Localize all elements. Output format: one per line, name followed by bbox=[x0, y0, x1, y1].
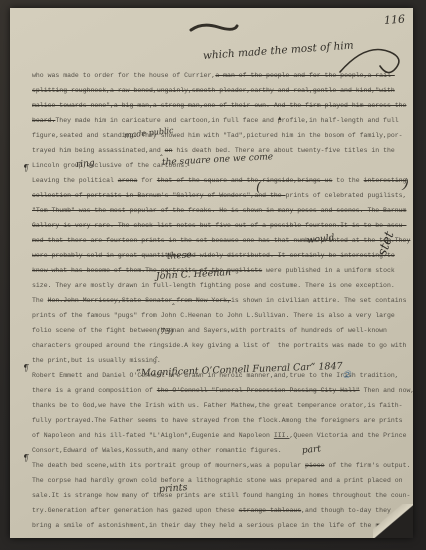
typed-text: there is a grand composition of bbox=[32, 387, 157, 394]
struck-text: malice towards none",a big man,a strong … bbox=[32, 102, 406, 109]
struck-text: interesting bbox=[364, 177, 407, 184]
typed-text: folio scene of the fight between Heenan … bbox=[32, 327, 387, 334]
typed-text: trayed him being assassinated,and bbox=[32, 147, 165, 154]
typed-line: Gallery is very rare. The check-list not… bbox=[32, 218, 412, 233]
struck-text: arena bbox=[118, 177, 138, 184]
page-number: 116 bbox=[384, 13, 406, 27]
typed-text: of Napoleon and his ill-fated "L'Aiglon"… bbox=[32, 432, 274, 439]
hw-insert-ring: ring bbox=[76, 158, 96, 170]
typed-text: Leaving the political bbox=[32, 177, 118, 184]
typed-text: bring a smile of astonishment,in their d… bbox=[32, 522, 403, 529]
struck-text: board. bbox=[32, 117, 55, 124]
typed-line: The Hon.John Morrissey,State Senator fro… bbox=[32, 293, 412, 308]
typed-line: Consort,Edward of Wales,Kossuth,and many… bbox=[32, 443, 412, 458]
hw-insert-these: these bbox=[167, 250, 192, 262]
hw-pilcrow-3: ¶ bbox=[23, 454, 29, 464]
typed-line: The death bed scene,with its portrait gr… bbox=[32, 458, 412, 473]
typed-text: size. They are mostly drawn in full-leng… bbox=[32, 282, 395, 289]
typed-text: Then and now, bbox=[360, 387, 415, 394]
typed-line: board.They made him in caricature and ca… bbox=[32, 113, 412, 128]
typed-line: sale.It is strange how many of these pri… bbox=[32, 488, 412, 503]
struck-text: that of the square and the ringside, bbox=[157, 177, 297, 184]
typed-text: III. bbox=[274, 432, 290, 439]
typed-line: folio scene of the fight between Heenan … bbox=[32, 323, 412, 338]
typed-line: of Napoleon and his ill-fated "L'Aiglon"… bbox=[32, 428, 412, 443]
typed-text: his death bed. There are about twenty-fi… bbox=[172, 147, 394, 154]
typed-text: is shown in civilian attire. The set con… bbox=[231, 297, 407, 304]
hw-caret-2: ‸ bbox=[172, 296, 175, 305]
typed-line: malice towards none",a big man,a strong … bbox=[32, 98, 412, 113]
struck-text: the O'Connell "Funeral Procession Passin… bbox=[157, 387, 360, 394]
typed-line: bring a smile of astonishment,in their d… bbox=[32, 518, 412, 533]
typed-text: The corpse had hardly grown cold before … bbox=[32, 477, 403, 484]
typed-text: for bbox=[137, 177, 157, 184]
typed-text: thanks be to God,we have the Irish with … bbox=[32, 402, 403, 409]
manuscript-page: who was made to order for the house of C… bbox=[10, 8, 413, 538]
struck-text: know what has become of them. bbox=[32, 267, 145, 274]
struck-text: collection of portraits in Barnum's "Gal… bbox=[32, 192, 286, 199]
struck-text: strange tableaus bbox=[239, 507, 301, 514]
struck-text: Gallery is very rare. The check-list not… bbox=[32, 222, 406, 229]
photo-background: who was made to order for the house of C… bbox=[0, 0, 426, 550]
typed-line: size. They are mostly drawn in full-leng… bbox=[32, 278, 412, 293]
typed-line: collection of portraits in Barnum's "Gal… bbox=[32, 188, 412, 203]
typed-text: fully portrayed.The Father seems to have… bbox=[32, 417, 403, 424]
typed-line: were probably sold in great quantities a… bbox=[32, 248, 412, 263]
struck-text: splitting roughneck,a raw-boned,ungainly… bbox=[32, 87, 395, 94]
typed-line: med that there are fourteen prints in th… bbox=[32, 233, 412, 248]
text-block: who was made to order for the house of C… bbox=[32, 68, 412, 533]
hw-insert-most-of-him: which made the most of him bbox=[203, 39, 354, 62]
typed-line: try.Generation after generation has gaze… bbox=[32, 503, 412, 518]
hw-note-73: (73) bbox=[157, 327, 173, 336]
typed-text: who was made to order for the house of C… bbox=[32, 72, 215, 79]
typed-text: of the firm's output. bbox=[325, 462, 411, 469]
struck-text: piece bbox=[305, 462, 325, 469]
typed-text: the print,but is usually missing. bbox=[32, 357, 161, 364]
hw-ink-mark: ▴ bbox=[278, 114, 282, 122]
hw-circled-mark: ② bbox=[342, 370, 351, 381]
typed-text: figure,seated and standing. They showed … bbox=[32, 132, 403, 139]
hw-pilcrow-1: ¶ bbox=[23, 164, 29, 174]
hw-pilcrow-2: ¶ bbox=[23, 364, 29, 374]
pen-flourish-top bbox=[188, 20, 240, 36]
struck-text: med that there are fourteen prints in th… bbox=[32, 237, 410, 244]
typed-text: characters grouped around the ringside.A… bbox=[32, 342, 406, 349]
hw-insert-prints: prints bbox=[159, 482, 188, 495]
typed-text: try.Generation after generation has gaze… bbox=[32, 507, 239, 514]
typed-line: figure,seated and standing. They showed … bbox=[32, 128, 412, 143]
typed-line: fully portrayed.The Father seems to have… bbox=[32, 413, 412, 428]
typed-line: Leaving the political arena for that of … bbox=[32, 173, 412, 188]
typed-line: The corpse had hardly grown cold before … bbox=[32, 473, 412, 488]
typed-line: there is a grand composition of the O'Co… bbox=[32, 383, 412, 398]
typed-line: thanks be to God,we have the Irish with … bbox=[32, 398, 412, 413]
typed-text: were published in a uniform stock bbox=[262, 267, 395, 274]
hw-paren-open: ( bbox=[256, 180, 261, 195]
struck-text: Hon.John Morrissey,State Senator from Ne… bbox=[48, 297, 231, 304]
struck-text: "Tom Thumb" was the most popular of the … bbox=[32, 207, 406, 214]
typed-text: to the bbox=[332, 177, 363, 184]
typed-text: sale.It is strange how many of these pri… bbox=[32, 492, 410, 499]
typed-text: The bbox=[32, 297, 48, 304]
typed-text: The death bed scene,with its portrait gr… bbox=[32, 462, 305, 469]
typed-line: prints of the famous "pugs" from John C.… bbox=[32, 308, 412, 323]
typed-text: prints of the famous "pugs" from John C.… bbox=[32, 312, 395, 319]
hw-caret-1: ‸ bbox=[160, 147, 163, 156]
hw-caret-3: ‸ bbox=[155, 349, 158, 358]
struck-text: brings us bbox=[297, 177, 332, 184]
typed-line: characters grouped around the ringside.A… bbox=[32, 338, 412, 353]
typed-line: splitting roughneck,a raw-boned,ungainly… bbox=[32, 83, 412, 98]
typed-text: prints of celebrated pugilists, bbox=[286, 192, 407, 199]
typed-line: "Tom Thumb" was the most popular of the … bbox=[32, 203, 412, 218]
hw-insert-part: part bbox=[302, 444, 322, 456]
folded-corner-cut bbox=[373, 504, 413, 538]
typed-text: They made him in caricature and cartoon,… bbox=[55, 117, 398, 124]
typed-text: Consort,Edward of Wales,Kossuth,and many… bbox=[32, 447, 282, 454]
typed-text: ,Queen Victoria and the Prince bbox=[289, 432, 406, 439]
